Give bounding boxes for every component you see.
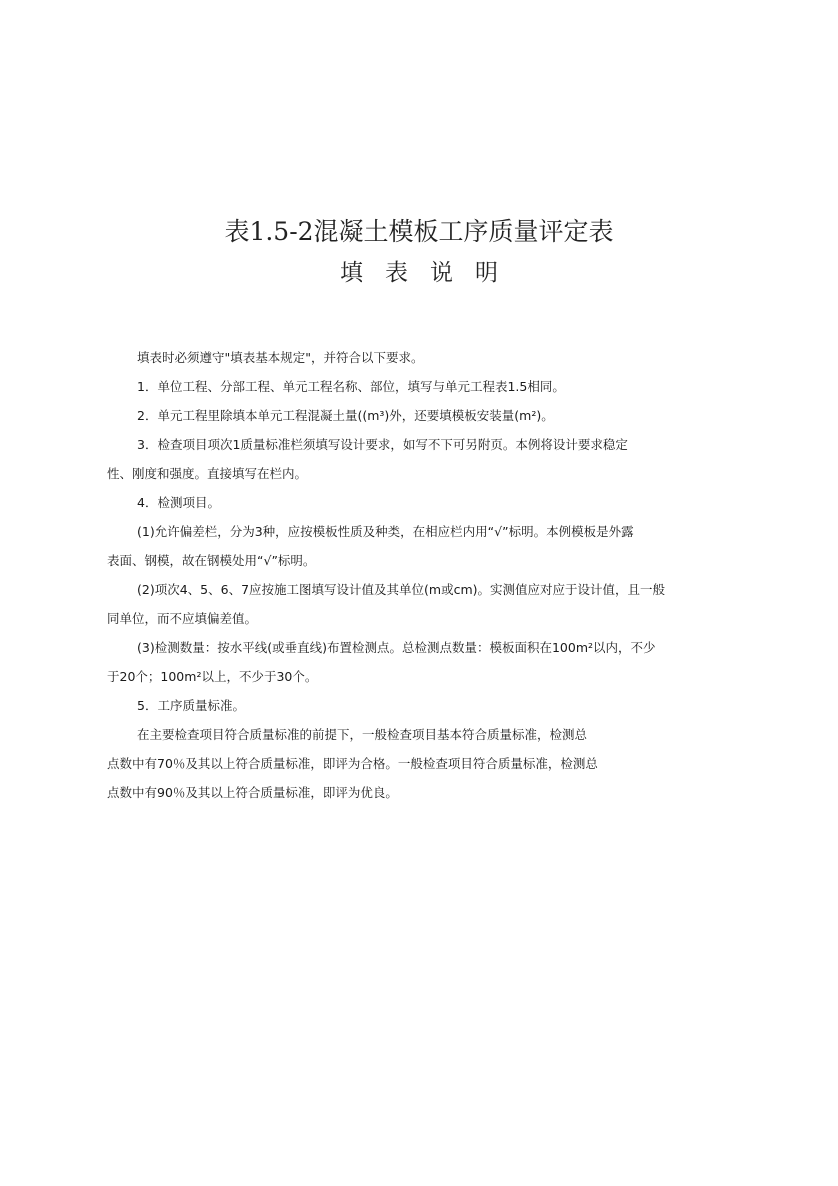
item-4-1-line: (1)允许偏差栏，分为3种，应按模板性质及种类，在相应栏内用“√”标明。本例模板… <box>107 517 707 546</box>
item-5-heading: 5．工序质量标准。 <box>107 691 707 720</box>
item-3-line: 3．检查项目项次1质量标准栏须填写设计要求，如写不下可另附页。本例将设计要求稳定 <box>107 430 707 459</box>
item-5-body-line-1: 在主要检查项目符合质量标准的前提下，一般检查项目基本符合质量标准，检测总 <box>107 720 707 749</box>
item-4-3-line: (3)检测数量：按水平线(或垂直线)布置检测点。总检测点数量：模板面积在100m… <box>107 633 707 662</box>
item-3-continuation: 性、刚度和强度。直接填写在栏内。 <box>107 459 707 488</box>
instructions-body: 填表时必须遵守"填表基本规定"，并符合以下要求。 1．单位工程、分部工程、单元工… <box>107 343 707 807</box>
document-title: 表1.5-2混凝土模板工序质量评定表 <box>0 212 838 248</box>
item-1-line: 1．单位工程、分部工程、单元工程名称、部位，填写与单元工程表1.5相同。 <box>107 372 707 401</box>
item-2-line: 2．单元工程里除填本单元工程混凝土量((m³)外，还要填模板安装量(m²)。 <box>107 401 707 430</box>
item-5-body-line-2: 点数中有70％及其以上符合质量标准，即评为合格。一般检查项目符合质量标准，检测总 <box>107 749 707 778</box>
item-5-body-line-3: 点数中有90％及其以上符合质量标准，即评为优良。 <box>107 778 707 807</box>
item-4-heading: 4．检测项目。 <box>107 488 707 517</box>
item-4-3-continuation: 于20个；100m²以上，不少于30个。 <box>107 662 707 691</box>
intro-line: 填表时必须遵守"填表基本规定"，并符合以下要求。 <box>107 343 707 372</box>
item-4-2-continuation: 同单位，而不应填偏差值。 <box>107 604 707 633</box>
item-4-1-continuation: 表面、钢模，故在钢模处用“√”标明。 <box>107 546 707 575</box>
item-4-2-line: (2)项次4、5、6、7应按施工图填写设计值及其单位(m或cm)。实测值应对应于… <box>107 575 707 604</box>
document-subtitle: 填表说明 <box>0 254 838 287</box>
